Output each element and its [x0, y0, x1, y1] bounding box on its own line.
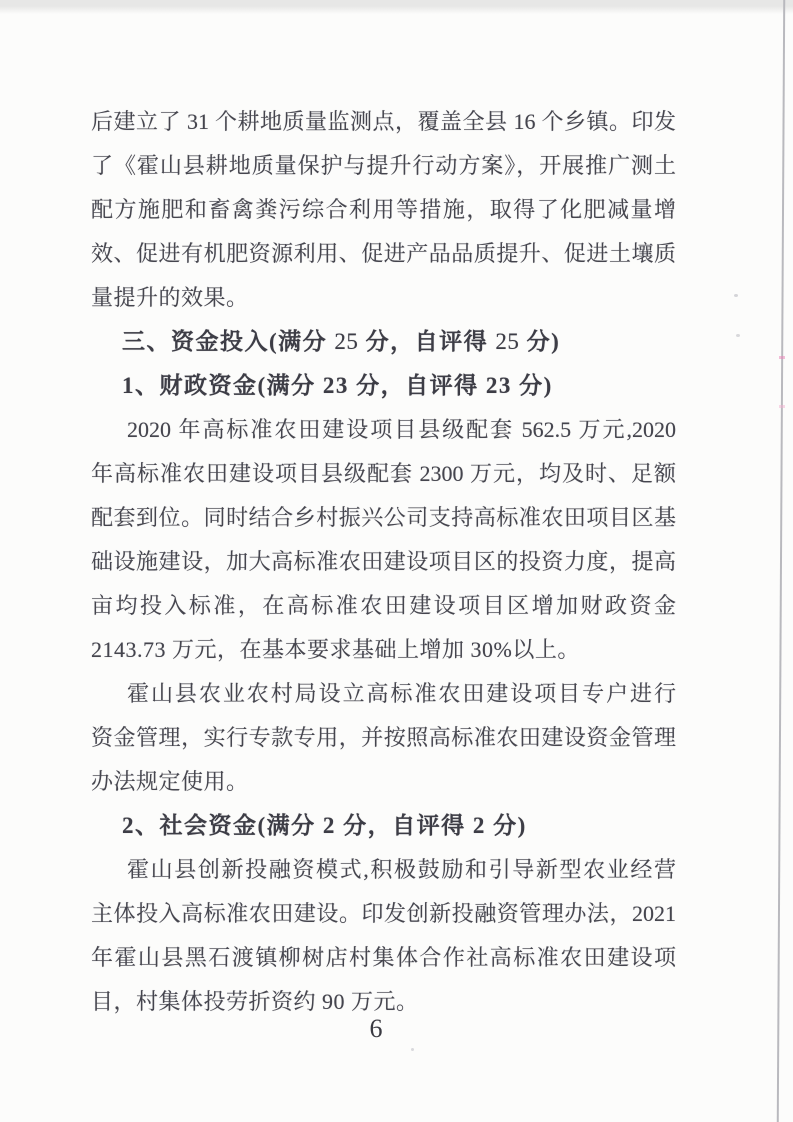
text-run: 2、社会资金(满分 2 分，自评得 2 分) [122, 813, 527, 838]
text-run: 亩均投入标准，在高标准农田建设项目区增加财政资金 [91, 593, 676, 618]
text-line-8: 2020 年高标准农田建设项目县级配套 562.5 万元,2020 [91, 408, 676, 452]
text-run: 25 [495, 329, 519, 354]
text-line-12: 亩均投入标准，在高标准农田建设项目区增加财政资金 [91, 584, 676, 628]
text-run: 2020 年高标准农田建设项目县级配套 562.5 万元,2020 [127, 417, 676, 442]
text-line-17: 2、社会资金(满分 2 分，自评得 2 分) [91, 804, 676, 848]
scan-speck [736, 334, 740, 337]
text-line-6: 三、资金投入(满分 25 分，自评得 25 分) [91, 320, 676, 364]
text-run: 霍山县创新投融资模式,积极鼓励和引导新型农业经营 [127, 857, 676, 882]
text-block: 后建立了 31 个耕地质量监测点，覆盖全县 16 个乡镇。印发了《霍山县耕地质量… [91, 100, 676, 1024]
text-line-13: 2143.73 万元，在基本要求基础上增加 30%以上。 [91, 628, 676, 672]
text-run: 25 [334, 329, 358, 354]
text-line-1: 后建立了 31 个耕地质量监测点，覆盖全县 16 个乡镇。印发 [91, 100, 676, 144]
text-line-15: 资金管理，实行专款专用，并按照高标准农田建设资金管理 [91, 716, 676, 760]
text-line-2: 了《霍山县耕地质量保护与提升行动方案》，开展推广测土 [91, 144, 676, 188]
text-run: 量提升的效果。 [91, 285, 249, 310]
text-run: 主体投入高标准农田建设。印发创新投融资管理办法，2021 [91, 901, 676, 926]
scan-speck [734, 294, 738, 297]
text-line-9: 年高标准农田建设项目县级配套 2300 万元，均及时、足额 [91, 452, 676, 496]
text-line-18: 霍山县创新投融资模式,积极鼓励和引导新型农业经营 [91, 848, 676, 892]
text-run: 分) [519, 329, 560, 354]
text-run: 三、资金投入(满分 [122, 329, 334, 354]
text-run: 2143.73 万元，在基本要求基础上增加 30%以上。 [91, 637, 580, 662]
text-line-10: 配套到位。同时结合乡村振兴公司支持高标准农田项目区基 [91, 496, 676, 540]
page-number: 6 [346, 1012, 406, 1046]
text-line-11: 础设施建设，加大高标准农田建设项目区的投资力度，提高 [91, 540, 676, 584]
text-run: 年高标准农田建设项目县级配套 2300 万元，均及时、足额 [91, 461, 676, 486]
scan-pink-mark [779, 356, 785, 359]
text-line-20: 年霍山县黑石渡镇柳树店村集体合作社高标准农田建设项 [91, 936, 676, 980]
text-line-4: 效、促进有机肥资源利用、促进产品品质提升、促进土壤质 [91, 232, 676, 276]
text-line-19: 主体投入高标准农田建设。印发创新投融资管理办法，2021 [91, 892, 676, 936]
text-run: 目，村集体投劳折资约 90 万元。 [91, 989, 419, 1014]
text-run: 础设施建设，加大高标准农田建设项目区的投资力度，提高 [91, 549, 676, 574]
scan-speck [411, 1048, 414, 1051]
text-run: 办法规定使用。 [91, 769, 249, 794]
text-run: 配方施肥和畜禽粪污综合利用等措施，取得了化肥减量增 [91, 197, 676, 222]
scan-pink-mark [779, 405, 785, 408]
text-run: 了《霍山县耕地质量保护与提升行动方案》，开展推广测土 [91, 153, 676, 178]
text-line-5: 量提升的效果。 [91, 276, 676, 320]
scanned-document-page: 后建立了 31 个耕地质量监测点，覆盖全县 16 个乡镇。印发了《霍山县耕地质量… [0, 0, 793, 1122]
text-line-3: 配方施肥和畜禽粪污综合利用等措施，取得了化肥减量增 [91, 188, 676, 232]
text-line-7: 1、财政资金(满分 23 分，自评得 23 分) [91, 364, 676, 408]
text-run: 配套到位。同时结合乡村振兴公司支持高标准农田项目区基 [91, 505, 676, 530]
text-line-16: 办法规定使用。 [91, 760, 676, 804]
text-run: 1、财政资金(满分 23 分，自评得 23 分) [122, 373, 553, 398]
text-run: 效、促进有机肥资源利用、促进产品品质提升、促进土壤质 [91, 241, 676, 266]
scan-top-fade [0, 6, 793, 14]
text-line-14: 霍山县农业农村局设立高标准农田建设项目专户进行 [91, 672, 676, 716]
text-run: 年霍山县黑石渡镇柳树店村集体合作社高标准农田建设项 [91, 945, 676, 970]
text-run: 分，自评得 [358, 329, 495, 354]
text-run: 后建立了 31 个耕地质量监测点，覆盖全县 16 个乡镇。印发 [91, 109, 676, 134]
scan-edge-line [777, 0, 785, 1122]
text-run: 霍山县农业农村局设立高标准农田建设项目专户进行 [127, 681, 676, 706]
text-run: 资金管理，实行专款专用，并按照高标准农田建设资金管理 [91, 725, 676, 750]
